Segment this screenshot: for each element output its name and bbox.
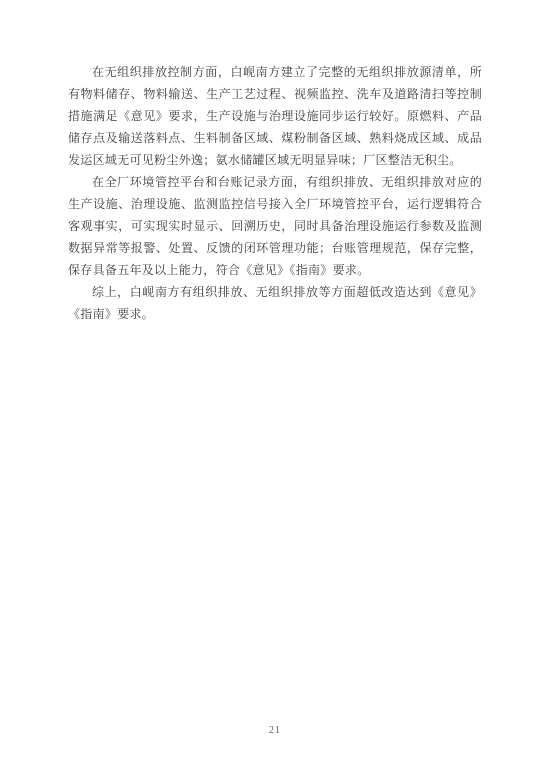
page-content: 在无组织排放控制方面，白岘南方建立了完整的无组织排放源清单，所有物料储存、物料输… xyxy=(68,61,482,325)
page-number: 21 xyxy=(0,725,550,736)
paragraph-unorganized-emission-control: 在无组织排放控制方面，白岘南方建立了完整的无组织排放源清单，所有物料储存、物料输… xyxy=(68,61,482,171)
document-page: 在无组织排放控制方面，白岘南方建立了完整的无组织排放源清单，所有物料储存、物料输… xyxy=(0,0,550,777)
paragraph-environment-platform-records: 在全厂环境管控平台和台账记录方面，有组织排放、无组织排放对应的生产设施、治理设施… xyxy=(68,171,482,281)
paragraph-conclusion: 综上，白岘南方有组织排放、无组织排放等方面超低改造达到《意见》《指南》要求。 xyxy=(68,281,482,325)
